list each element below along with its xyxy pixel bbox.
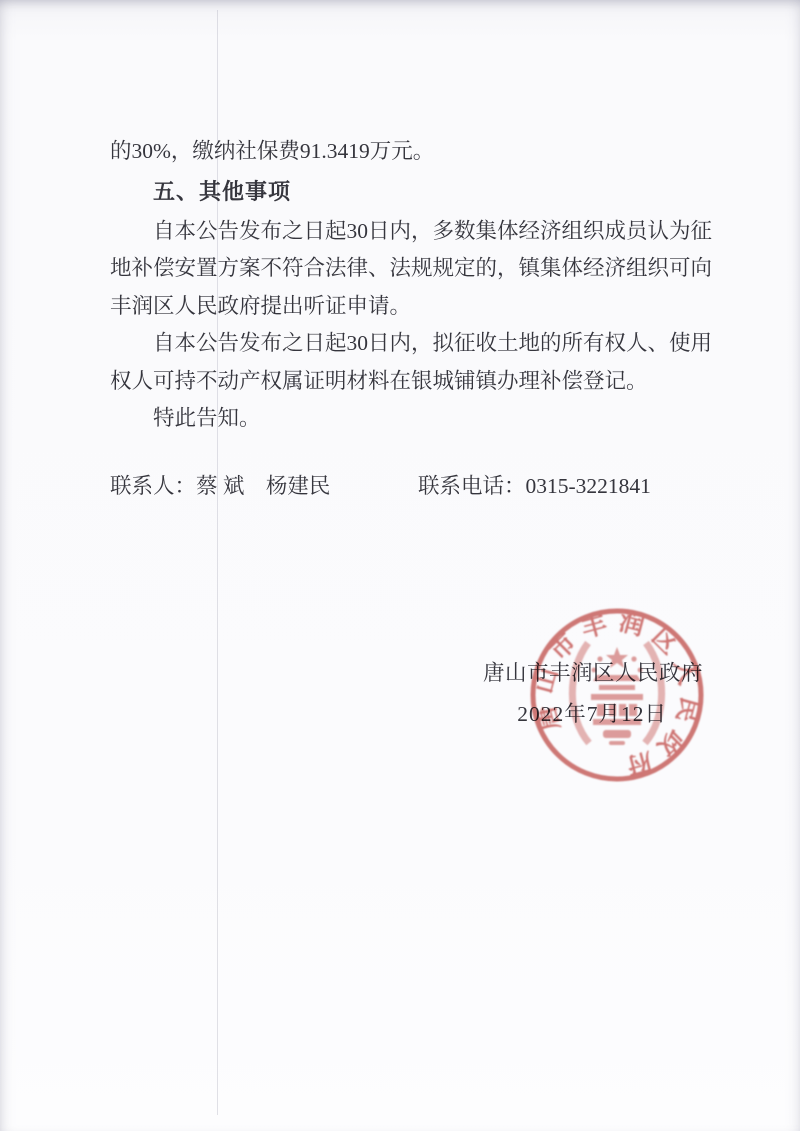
document-body: 的30%，缴纳社保费91.3419万元。 五、其他事项 自本公告发布之日起30日… <box>110 133 730 438</box>
seal-ring-text: 唐山市丰润区人民政府 <box>497 575 737 815</box>
body-line: 自本公告发布之日起30日内，多数集体经济组织成员认为征 <box>110 213 730 251</box>
body-line: 权人可持不动产权属证明材料在银城铺镇办理补偿登记。 <box>110 363 730 401</box>
body-line: 的30%，缴纳社保费91.3419万元。 <box>110 133 730 171</box>
body-line: 特此告知。 <box>110 400 730 438</box>
body-line: 地补偿安置方案不符合法律、法规规定的，镇集体经济组织可向 <box>110 250 730 288</box>
section-heading: 五、其他事项 <box>110 171 730 213</box>
seal-outer-ring <box>533 611 701 779</box>
body-line: 自本公告发布之日起30日内，拟征收土地的所有权人、使用 <box>110 325 730 363</box>
contact-row: 联系人：蔡 斌 杨建民 联系电话：0315-3221841 <box>0 471 800 501</box>
signature-date: 2022年7月12日 <box>517 697 667 728</box>
body-line: 丰润区人民政府提出听证申请。 <box>110 288 730 326</box>
contact-phone: 联系电话：0315-3221841 <box>418 471 651 501</box>
contact-person: 联系人：蔡 斌 杨建民 <box>110 471 330 501</box>
svg-text:唐山市丰润区人民政府: 唐山市丰润区人民政府 <box>497 575 737 815</box>
official-seal: 唐山市丰润区人民政府 <box>497 575 737 815</box>
signature-issuer: 唐山市丰润区人民政府 <box>483 656 703 687</box>
scanned-document-page: 的30%，缴纳社保费91.3419万元。 五、其他事项 自本公告发布之日起30日… <box>0 0 800 1131</box>
